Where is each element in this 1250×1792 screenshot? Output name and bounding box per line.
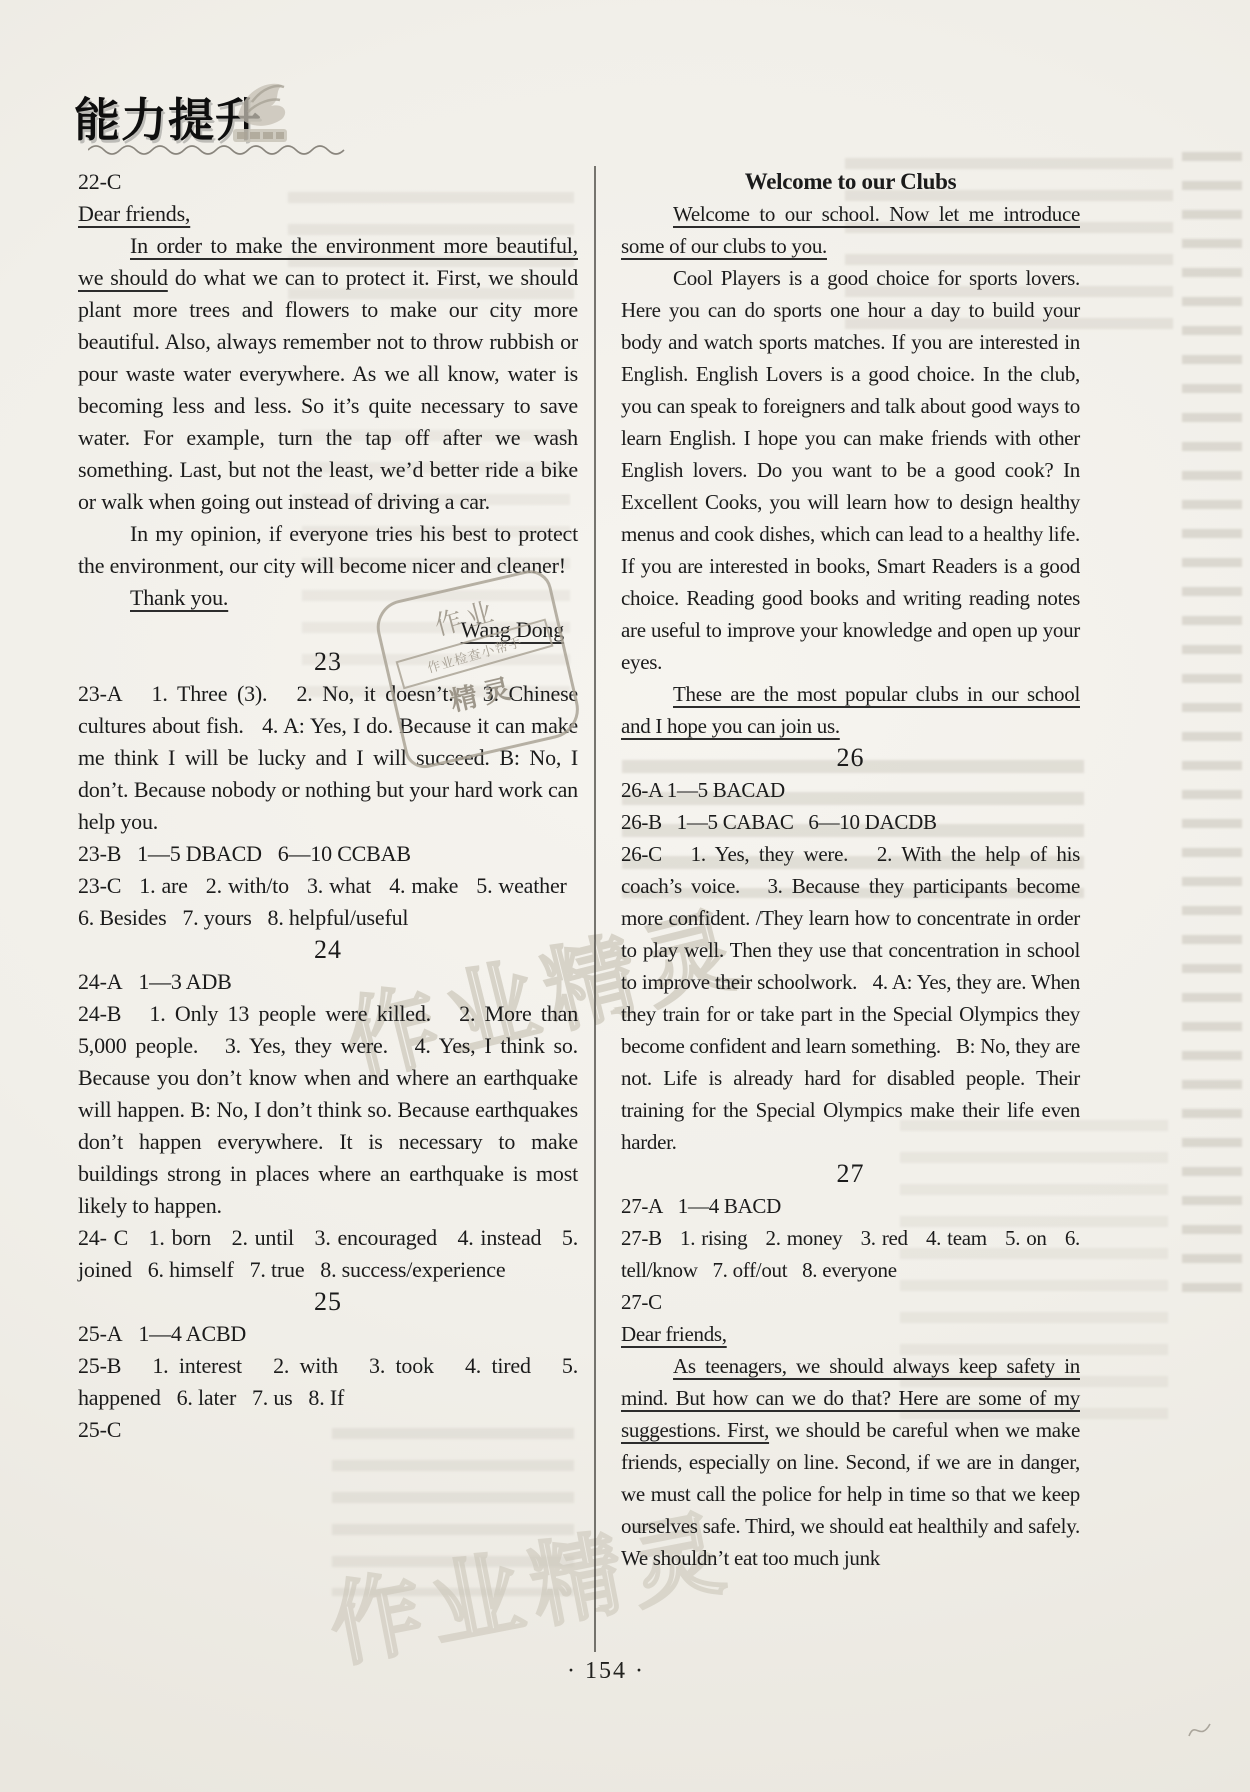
- letter-closing: Thank you.: [78, 582, 578, 614]
- answer-line: 27-B 1. rising 2. money 3. red 4. team 5…: [621, 1222, 1080, 1286]
- letter-signature: Wang Dong: [78, 614, 578, 646]
- page-number: · 154 ·: [0, 1658, 1212, 1685]
- essay-paragraph: As teenagers, we should always keep safe…: [621, 1350, 1080, 1574]
- letter-salutation: Dear friends,: [78, 198, 578, 230]
- decorative-wavy-line: [88, 142, 348, 160]
- answer-line: 25-B 1. interest 2. with 3. took 4. tire…: [78, 1350, 578, 1414]
- answer-line: 23-B 1—5 DBACD 6—10 CCBAB: [78, 838, 578, 870]
- column-divider: [594, 166, 596, 1652]
- answer-line: 27-C: [621, 1286, 1080, 1318]
- section-heading-25: 25: [78, 1286, 578, 1318]
- answer-line: 23-C 1. are 2. with/to 3. what 4. make 5…: [78, 870, 578, 934]
- answer-line: 24- C 1. born 2. until 3. encouraged 4. …: [78, 1222, 578, 1286]
- answer-line: 25-C: [78, 1414, 578, 1446]
- essay-paragraph: Welcome to our school. Now let me introd…: [621, 198, 1080, 262]
- answer-line: 26-A 1—5 BACAD: [621, 774, 1080, 806]
- bleed-through-text: [332, 1428, 574, 1596]
- answer-label-22c: 22-C: [78, 166, 578, 198]
- answer-line: 26-C 1. Yes, they were. 2. With the help…: [621, 838, 1080, 1158]
- answer-line: 26-B 1—5 CABAC 6—10 DACDB: [621, 806, 1080, 838]
- answer-line: 24-B 1. Only 13 people were killed. 2. M…: [78, 998, 578, 1222]
- essay-paragraph: In my opinion, if everyone tries his bes…: [78, 518, 578, 582]
- answer-line: 24-A 1—3 ADB: [78, 966, 578, 998]
- scanned-answer-page: 作业精灵 作业精灵 能力提升 22-C Dear friends, In ord…: [0, 0, 1250, 1792]
- answer-line: 25-A 1—4 ACBD: [78, 1318, 578, 1350]
- section-heading-26: 26: [621, 742, 1080, 774]
- section-heading-23: 23: [78, 646, 578, 678]
- answer-line: 23-A 1. Three (3). 2. No, it doesn’t. 3.…: [78, 678, 578, 838]
- essay-paragraph: In order to make the environment more be…: [78, 230, 578, 518]
- pen-mark: [1185, 1716, 1215, 1751]
- right-column: Welcome to our Clubs Welcome to our scho…: [621, 166, 1080, 1574]
- bleed-through-text: [1182, 152, 1242, 1312]
- left-column: 22-C Dear friends, In order to make the …: [78, 166, 578, 1446]
- essay-paragraph: Cool Players is a good choice for sports…: [621, 262, 1080, 678]
- publisher-logo-icon: [224, 72, 296, 151]
- letter-salutation: Dear friends,: [621, 1318, 1080, 1350]
- section-heading-27: 27: [621, 1158, 1080, 1190]
- answer-line: 27-A 1—4 BACD: [621, 1190, 1080, 1222]
- section-heading-24: 24: [78, 934, 578, 966]
- essay-title: Welcome to our Clubs: [621, 166, 1080, 198]
- essay-paragraph: These are the most popular clubs in our …: [621, 678, 1080, 742]
